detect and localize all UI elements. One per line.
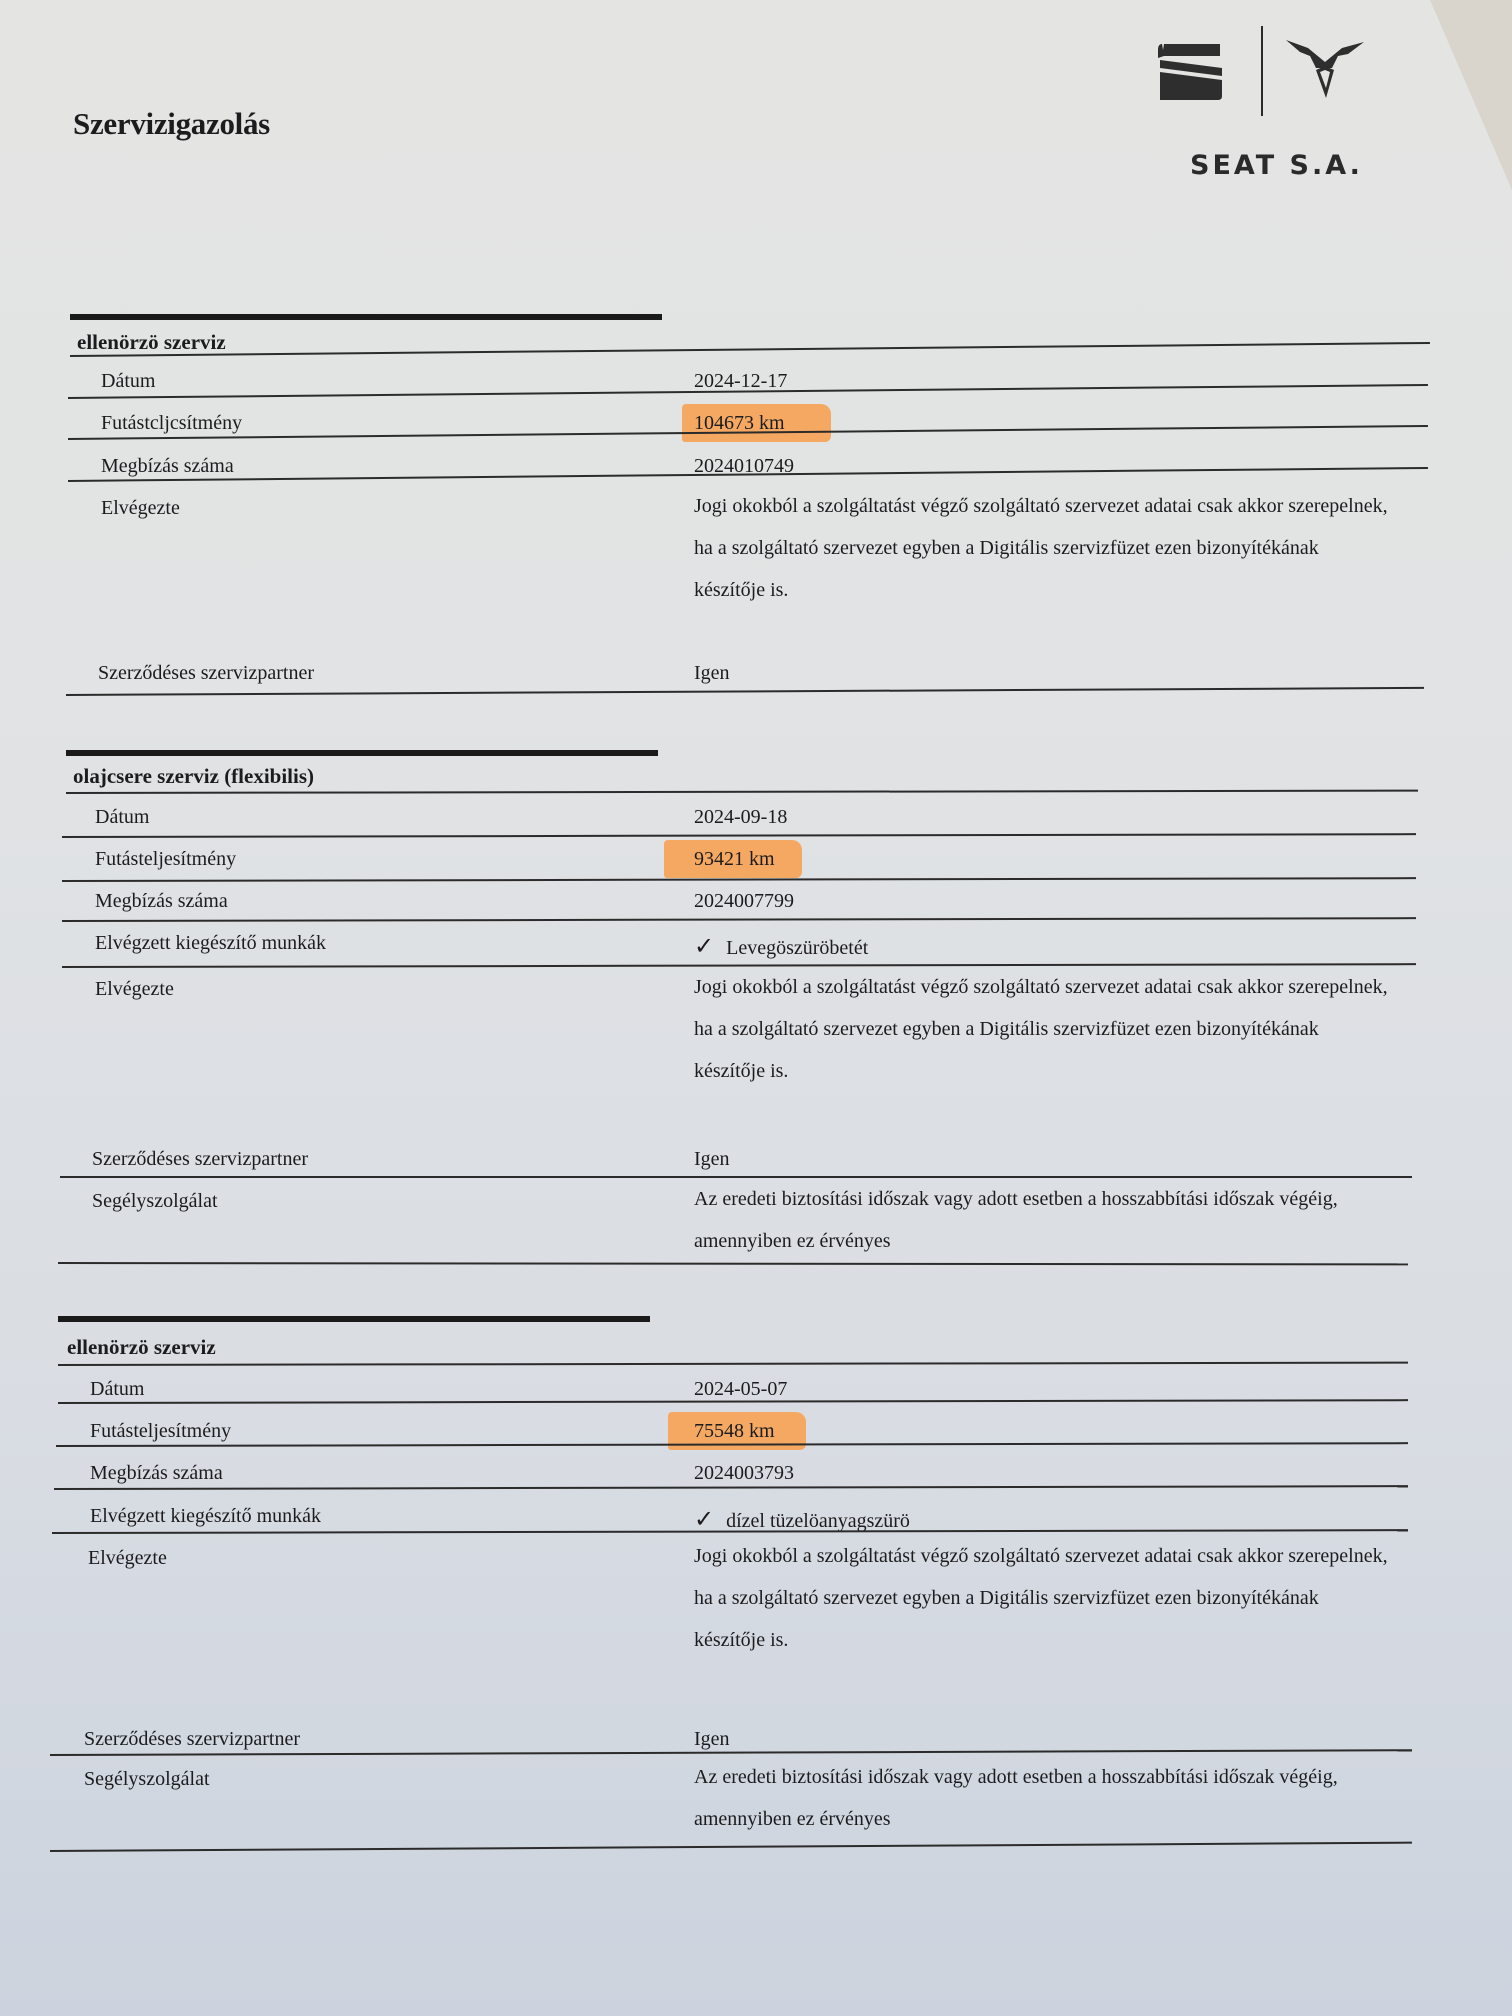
field-value-text: Igen bbox=[694, 1728, 730, 1750]
brand-header: SEAT S.A. bbox=[1150, 22, 1390, 192]
mileage-value: 93421 km bbox=[694, 848, 775, 871]
logo-divider bbox=[1261, 26, 1263, 116]
field-label: Futásteljesítmény bbox=[95, 848, 236, 871]
section-heading: ellenörzö szerviz bbox=[77, 330, 226, 355]
section-heading: olajcsere szerviz (flexibilis) bbox=[73, 764, 314, 789]
field-value: Igen bbox=[694, 1728, 730, 1751]
field-value-text: Igen bbox=[694, 662, 730, 684]
field-value: Az eredeti biztosítási időszak vagy adot… bbox=[694, 1178, 1394, 1262]
section-top-bar bbox=[66, 750, 658, 756]
field-value-text: 93421 km bbox=[694, 848, 775, 870]
checkmark-icon: ✓ bbox=[694, 1505, 714, 1533]
cupra-logo-icon bbox=[1286, 38, 1364, 100]
field-value-text: Igen bbox=[694, 1148, 730, 1170]
section-heading: ellenörzö szerviz bbox=[67, 1335, 216, 1360]
seat-logo-icon bbox=[1158, 44, 1224, 100]
field-value: 2024007799 bbox=[694, 890, 794, 913]
field-value-text: Az eredeti biztosítási időszak vagy adot… bbox=[694, 1766, 1338, 1830]
field-value: Az eredeti biztosítási időszak vagy adot… bbox=[694, 1756, 1394, 1840]
field-value: Igen bbox=[694, 662, 730, 685]
field-label: Futástcljcsítmény bbox=[101, 412, 242, 435]
mileage-value: 75548 km bbox=[694, 1420, 775, 1443]
checkmark-icon: ✓ bbox=[694, 932, 714, 960]
field-value: 2024-05-07 bbox=[694, 1378, 787, 1401]
field-value: Jogi okokból a szolgáltatást végző szolg… bbox=[694, 966, 1394, 1092]
field-value: Igen bbox=[694, 1148, 730, 1171]
field-label: Elvégezte bbox=[88, 1547, 167, 1570]
field-label: Dátum bbox=[95, 806, 149, 829]
field-value-text: 2024003793 bbox=[694, 1462, 794, 1484]
company-name: SEAT S.A. bbox=[1190, 150, 1363, 181]
section-top-bar bbox=[58, 1316, 650, 1322]
field-value-text: Jogi okokból a szolgáltatást végző szolg… bbox=[694, 1545, 1388, 1651]
field-label: Szerződéses szervizpartner bbox=[98, 662, 314, 685]
page-title: Szervizigazolás bbox=[73, 106, 270, 142]
field-label: Megbízás száma bbox=[95, 890, 228, 913]
field-value-text: 75548 km bbox=[694, 1420, 775, 1442]
field-value-text: Az eredeti biztosítási időszak vagy adot… bbox=[694, 1188, 1338, 1252]
field-label: Segélyszolgálat bbox=[92, 1190, 218, 1213]
field-label: Szerződéses szervizpartner bbox=[92, 1148, 308, 1171]
field-value-text: Jogi okokból a szolgáltatást végző szolg… bbox=[694, 976, 1388, 1082]
field-label: Elvégezte bbox=[95, 978, 174, 1001]
field-value-text: 2024-12-17 bbox=[694, 370, 787, 392]
field-value-text: 2024007799 bbox=[694, 890, 794, 912]
field-label: Szerződéses szervizpartner bbox=[84, 1728, 300, 1751]
field-label: Megbízás száma bbox=[90, 1462, 223, 1485]
field-value: Jogi okokból a szolgáltatást végző szolg… bbox=[694, 485, 1394, 611]
field-value: 2024-09-18 bbox=[694, 806, 787, 829]
field-value-text: 2024-05-07 bbox=[694, 1378, 787, 1400]
field-value-text: Levegöszüröbetét bbox=[726, 937, 868, 959]
field-value: 2024003793 bbox=[694, 1462, 794, 1485]
field-value: ✓Levegöszüröbetét bbox=[694, 932, 868, 960]
field-label: Elvégzett kiegészítő munkák bbox=[90, 1505, 321, 1528]
field-label: Elvégzett kiegészítő munkák bbox=[95, 932, 326, 955]
field-value: Jogi okokból a szolgáltatást végző szolg… bbox=[694, 1535, 1394, 1661]
field-value-text: 2024-09-18 bbox=[694, 806, 787, 828]
field-label: Dátum bbox=[90, 1378, 144, 1401]
field-value: ✓dízel tüzelöanyagszürö bbox=[694, 1505, 910, 1533]
field-label: Elvégezte bbox=[101, 497, 180, 520]
field-label: Dátum bbox=[101, 370, 155, 393]
section-top-bar bbox=[70, 314, 662, 320]
field-label: Segélyszolgálat bbox=[84, 1768, 210, 1791]
field-value-text: dízel tüzelöanyagszürö bbox=[726, 1510, 910, 1532]
field-label: Futásteljesítmény bbox=[90, 1420, 231, 1443]
field-value-text: Jogi okokból a szolgáltatást végző szolg… bbox=[694, 495, 1388, 601]
field-label: Megbízás száma bbox=[101, 455, 234, 478]
